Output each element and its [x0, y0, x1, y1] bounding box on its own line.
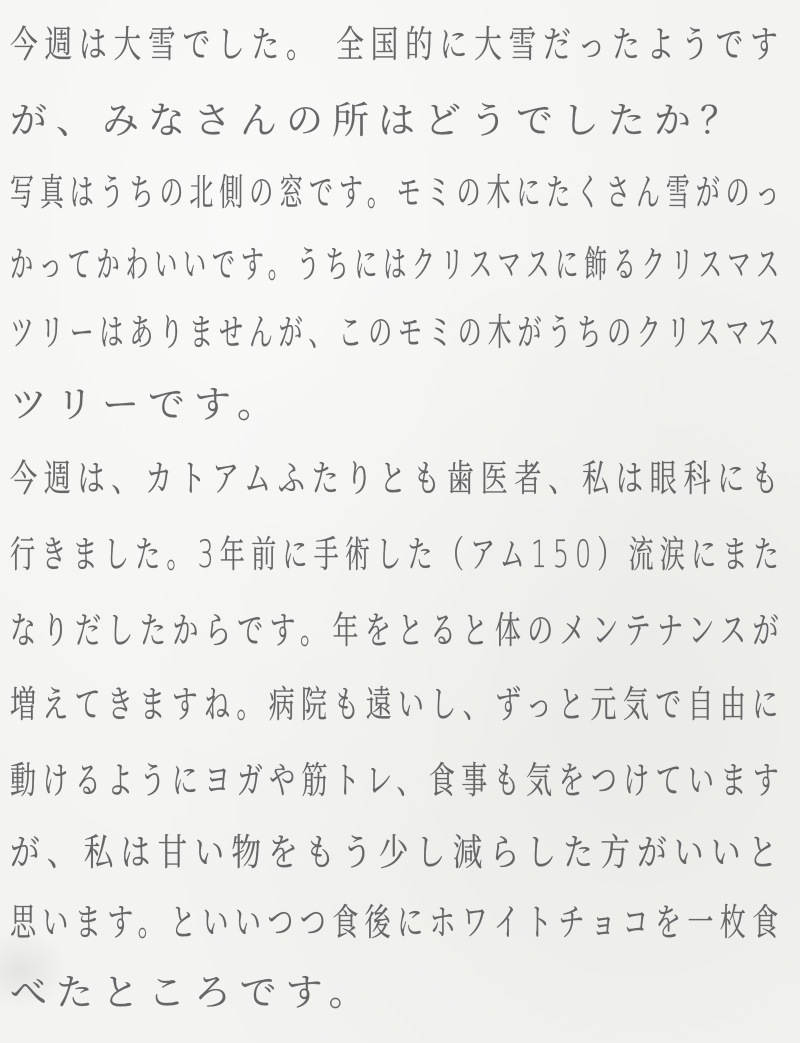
- handwritten-letter-page: 今週は大雪でした。 全国的に大雪だったようです が、みなさんの所はどうでしたか？…: [0, 0, 800, 1043]
- letter-line: が、みなさんの所はどうでしたか？: [10, 90, 746, 144]
- letter-line: 動けるようにヨガや筋トレ、食事も気をつけています: [10, 750, 785, 804]
- letter-line: 思います。といいつつ食後にホワイトチョコを一枚食: [10, 892, 785, 946]
- letter-line: 写真はうちの北側の窓です。モミの木にたくさん雪がのっ: [10, 162, 785, 216]
- letter-line: ツリーです。: [10, 374, 283, 428]
- letter-line: べたところです。: [10, 962, 375, 1016]
- letter-line: ツリーはありませんが、このモミの木がうちのクリスマス: [10, 302, 785, 356]
- letter-line: なりだしたからです。年をとると体のメンテナンスが: [10, 600, 785, 654]
- letter-line: 今週は大雪でした。 全国的に大雪だったようです: [10, 14, 603, 68]
- letter-line: かってかわいいです。うちにはクリスマスに飾るクリスマス: [10, 234, 785, 288]
- letter-line: 増えてきますね。病院も遠いし、ずっと元気で自由に: [10, 674, 785, 728]
- letter-line: 行きました。3年前に手術した（アム150）流涙にまた: [10, 524, 785, 578]
- letter-line: が、私は甘い物をもう少し減らした方がいいと: [10, 822, 785, 876]
- letter-line: 今週は、カトアムふたりとも歯医者、私は眼科にも: [10, 448, 785, 502]
